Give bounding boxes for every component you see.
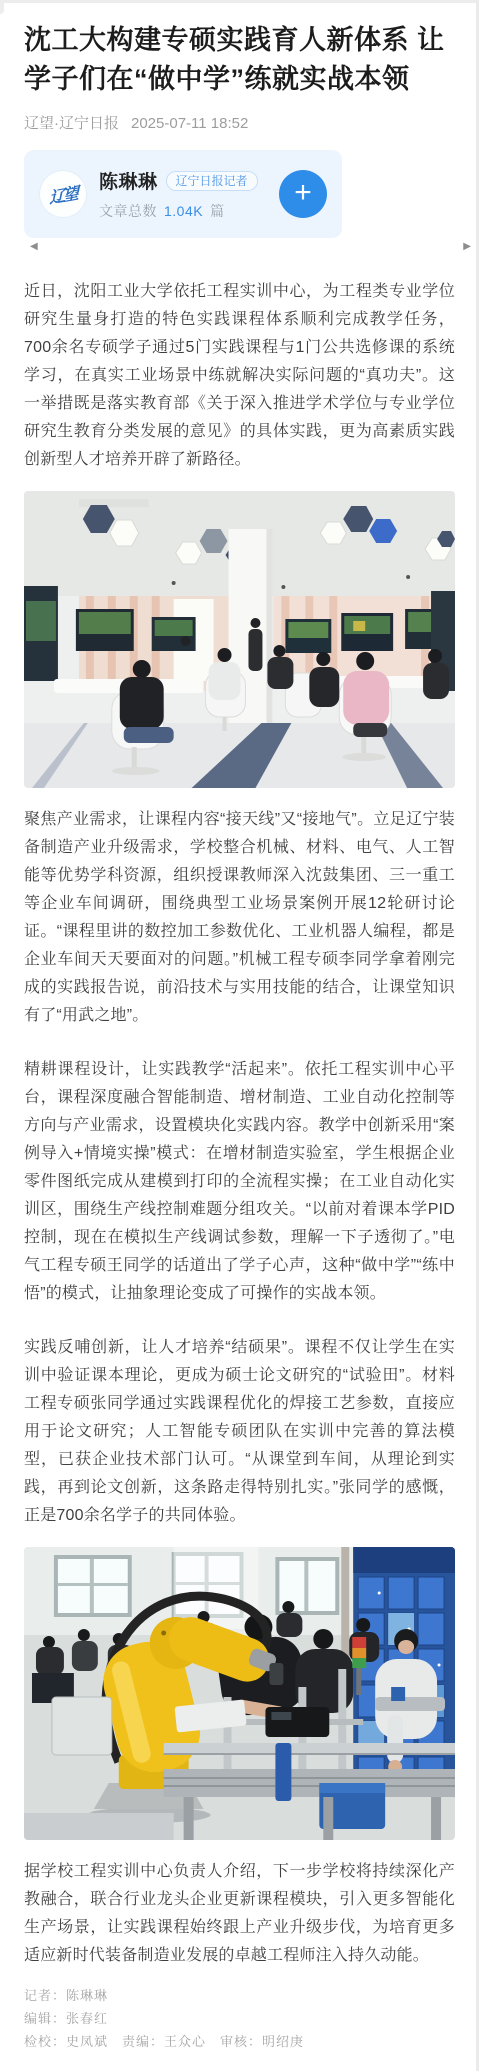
stats-label: 文章总数: [99, 203, 157, 219]
top-left-corner: [0, 0, 4, 14]
stats-unit: 篇: [210, 203, 225, 219]
article-photo-2[interactable]: [24, 1547, 455, 1840]
carousel-prev-icon[interactable]: ◀: [30, 242, 38, 252]
author-name: 陈琳琳: [99, 167, 158, 194]
author-carousel-nav: ◀ ▶: [0, 242, 479, 252]
paragraph-2: 聚焦产业需求，让课程内容“接天线”又“接地气”。立足辽宁装备制造产业升级需求，学…: [24, 806, 455, 1030]
photo-1-illustration: [24, 491, 455, 788]
article-photo-1[interactable]: [24, 491, 455, 788]
article-body: 近日，沈阳工业大学依托工程实训中心，为工程类专业学位研究生量身打造的特色实践课程…: [24, 278, 455, 1970]
article-title: 沈工大构建专硕实践育人新体系 让学子们在“做中学”练就实战本领: [24, 21, 455, 99]
author-info: 陈琳琳 辽宁日报记者 文章总数1.04K篇: [99, 167, 279, 221]
article-meta: 辽望·辽宁日报2025-07-11 18:52: [24, 115, 455, 132]
follow-button[interactable]: +: [279, 170, 327, 218]
paragraph-4: 实践反哺创新，让人才培养“结硕果”。课程不仅让学生在实训中验证课本理论，更成为硕…: [24, 1334, 455, 1530]
article-content: 沈工大构建专硕实践育人新体系 让学子们在“做中学”练就实战本领 辽望·辽宁日报2…: [0, 0, 479, 2053]
photo-2-illustration: [24, 1547, 455, 1840]
liaowang-logo: 辽望: [49, 180, 77, 208]
paragraph-5: 据学校工程实训中心负责人介绍，下一步学校将持续深化产教融合，联合行业龙头企业更新…: [24, 1858, 455, 1970]
article-page: 沈工大构建专硕实践育人新体系 让学子们在“做中学”练就实战本领 辽望·辽宁日报2…: [0, 0, 479, 2071]
author-card[interactable]: 辽望 陈琳琳 辽宁日报记者 文章总数1.04K篇 +: [24, 150, 342, 238]
author-avatar[interactable]: 辽望: [39, 170, 87, 218]
article-credits: 记者：陈琳琳 编辑：张春红 检校：史凤斌 责编：王众心 审核：明绍庚: [24, 1984, 455, 2053]
carousel-next-icon[interactable]: ▶: [463, 242, 471, 252]
top-divider: [0, 0, 479, 3]
paragraph-1: 近日，沈阳工业大学依托工程实训中心，为工程类专业学位研究生量身打造的特色实践课程…: [24, 278, 455, 474]
author-badge: 辽宁日报记者: [166, 171, 258, 191]
stats-value: 1.04K: [164, 203, 203, 219]
paragraph-3: 精耕课程设计，让实践教学“活起来”。依托工程实训中心平台，课程深度融合智能制造、…: [24, 1056, 455, 1308]
plus-icon: +: [294, 178, 312, 208]
author-stats: 文章总数1.04K篇: [99, 201, 279, 221]
publish-time: 2025-07-11 18:52: [131, 115, 248, 132]
source-name: 辽望·辽宁日报: [24, 115, 119, 132]
credit-review: 检校：史凤斌 责编：王众心 审核：明绍庚: [24, 2030, 455, 2053]
credit-editor: 编辑：张春红: [24, 2007, 455, 2030]
credit-reporter: 记者：陈琳琳: [24, 1984, 455, 2007]
